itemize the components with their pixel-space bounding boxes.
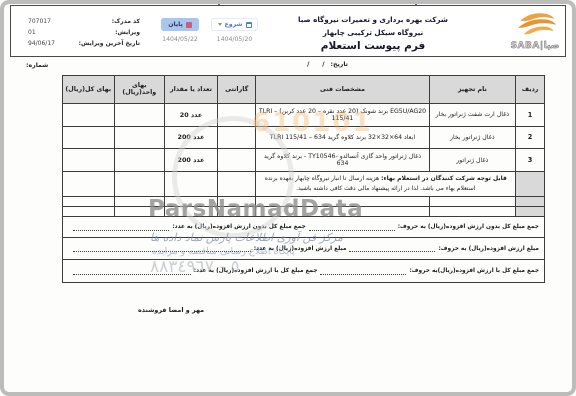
cell-total-price (63, 207, 114, 216)
cell-warranty (217, 127, 255, 149)
total-without-vat-row: جمع مبلغ کل بدون ارزش افزوده(ریال) به حر… (63, 217, 544, 239)
cell-specs (255, 207, 428, 216)
seller-signature-label: مهر و امضا فروشنده (138, 306, 204, 314)
end-date-label: پایان (168, 21, 183, 28)
total-with-vat-row: جمع مبلغ کل با ارزش افزوده(ریال)به حروف:… (63, 260, 544, 282)
doc-code-value: 707017 (28, 18, 51, 25)
header-row-no: ردیف (515, 76, 544, 103)
date-slashes: / / (307, 61, 324, 68)
total-with-vat-digits-label: جمع مبلغ کل با ارزش افزوده(ریال) به عدد: (194, 268, 318, 274)
end-date-filter-chip[interactable]: پایان (161, 18, 199, 31)
notice-row: قابل توجه شرکت کنندگان در استعلام بهاء: … (63, 172, 544, 197)
vat-digits-label: مبلغ ارزش افزوده(ریال) به عدد: (254, 246, 347, 252)
doc-revision-label: ویرایش: (115, 29, 140, 36)
doc-revision-value: 01 (28, 29, 36, 36)
table-row: 2 ذغال ژنراتور بخار ابعاد 64×32×32 برند … (63, 127, 544, 150)
start-date-value: 1404/05/20 (211, 36, 258, 43)
cell-warranty (217, 172, 255, 196)
cell-warranty (217, 197, 255, 206)
dotted-fill (320, 268, 406, 275)
cell-total-price (63, 197, 114, 206)
start-date-filter-chip[interactable]: شروع (211, 18, 258, 31)
logo-text-fa: صبا (544, 41, 560, 51)
cell-row-no: 1 (515, 104, 544, 126)
cell-unit-price (114, 197, 165, 206)
form-title: فرم پیوست استعلام (269, 40, 477, 52)
total-without-vat-words-label: جمع مبلغ کل بدون ارزش افزوده(ریال) به حر… (398, 224, 539, 230)
end-date-value: 1404/05/22 (159, 36, 201, 43)
notice-text: قابل توجه شرکت کنندگان در استعلام بهاء: … (264, 174, 509, 193)
notice-cell: قابل توجه شرکت کنندگان در استعلام بهاء: … (255, 172, 515, 196)
cell-specs: ابعاد 64×32×32 برند کلاوه گرید 634 – TLR… (255, 127, 428, 149)
total-with-vat-words-label: جمع مبلغ کل با ارزش افزوده(ریال)به حروف: (409, 268, 539, 274)
date-label: تاریخ: (331, 61, 348, 68)
saba-swirl-icon (510, 10, 561, 42)
calendar-icon (186, 22, 192, 28)
items-table: ردیف نام تجهیز مشخصات فنی گارانتی تعداد … (62, 75, 545, 283)
vat-words-label: مبلغ ارزش افزوده(ریال) به حروف: (438, 246, 539, 252)
notice-bold-part: قابل توجه شرکت کنندگان در استعلام بهاء: (381, 175, 507, 182)
dotted-fill (309, 224, 395, 231)
cell-row-no (515, 197, 544, 206)
cell-warranty (217, 207, 255, 216)
company-name-line2: نیروگاه سیکل ترکیبی چابهار (269, 28, 477, 37)
doc-lastedit-row: تاریخ آخرین ویرایش: 94/06/17 (28, 38, 140, 49)
cell-row-no (515, 207, 544, 216)
calendar-icon (246, 22, 252, 28)
header-warranty: گارانتی (217, 76, 255, 103)
header-unit-price: بهای واحد(ریال) (114, 76, 165, 103)
cell-qty: 20 عدد (164, 104, 217, 126)
cell-equipment: ذغال ژنراتور بخار (429, 127, 516, 149)
cell-qty (164, 207, 217, 216)
number-label: شماره: (26, 62, 48, 69)
form-titles: شرکت بهره برداری و تعمیرات نیروگاه صبا ن… (269, 15, 477, 52)
cell-qty: 200 عدد (164, 149, 217, 171)
cell-qty: 200 عدد (164, 127, 217, 149)
logo-text-en: SABA (511, 41, 540, 51)
doc-lastedit-label: تاریخ آخرین ویرایش: (79, 40, 140, 47)
cell-qty (164, 197, 217, 206)
header-qty: تعداد یا مقدار (164, 76, 217, 103)
empty-row (63, 207, 544, 217)
cell-row-no: 3 (515, 149, 544, 171)
cell-total-price (63, 172, 114, 196)
dotted-fill (73, 224, 169, 231)
doc-lastedit-value: 94/06/17 (28, 40, 55, 47)
table-header-row: ردیف نام تجهیز مشخصات فنی گارانتی تعداد … (63, 76, 544, 104)
date-row: تاریخ: / / (272, 61, 348, 68)
total-without-vat-digits-label: جمع مبلغ کل بدون ارزش افزوده(ریال) به عد… (172, 224, 305, 230)
cell-unit-price (114, 207, 165, 216)
cell-specs: ذغال ژنراتور واحد گازی آنسالدو -TY10546 … (255, 149, 428, 171)
saba-logo-wordmark: SABA|صبا (498, 41, 572, 51)
cell-specs: EG5U/AG20 برند شونک (20 عدد نقره – 20 عد… (255, 104, 428, 126)
doc-code-label: کد مدرک: (112, 18, 140, 25)
cell-total-price (63, 149, 114, 171)
cell-equipment: ذغال ژنراتور (429, 149, 516, 171)
company-name-line1: شرکت بهره برداری و تعمیرات نیروگاه صبا (269, 15, 477, 24)
cell-warranty (217, 104, 255, 126)
table-row: 1 ذغال ارت شفت ژنراتور بخار EG5U/AG20 بر… (63, 104, 544, 127)
cell-total-price (63, 127, 114, 149)
header-specs: مشخصات فنی (255, 76, 428, 103)
table-row: 3 ذغال ژنراتور ذغال ژنراتور واحد گازی آن… (63, 149, 544, 172)
form-header-box: کد مدرک: 707017 ویرایش: 01 تاریخ آخرین و… (10, 5, 566, 57)
dotted-fill (73, 245, 251, 252)
doc-code-row: کد مدرک: 707017 (28, 16, 140, 27)
empty-row (63, 197, 544, 207)
vat-amount-row: مبلغ ارزش افزوده(ریال) به حروف: مبلغ ارز… (63, 238, 544, 260)
dotted-fill (73, 268, 191, 275)
scanned-inquiry-form-page: کد مدرک: 707017 ویرایش: 01 تاریخ آخرین و… (0, 0, 576, 396)
cell-unit-price (114, 149, 165, 171)
cell-unit-price (114, 127, 165, 149)
cell-specs (255, 197, 428, 206)
cell-unit-price (114, 104, 165, 126)
saba-logo: SABA|صبا (498, 12, 572, 51)
chevron-down-icon (218, 23, 222, 26)
cell-row-no (515, 172, 544, 196)
document-info-block: کد مدرک: 707017 ویرایش: 01 تاریخ آخرین و… (28, 16, 140, 49)
dotted-fill (349, 245, 435, 252)
cell-total-price (63, 104, 114, 126)
cell-warranty (217, 149, 255, 171)
cell-equipment (429, 197, 516, 206)
cell-qty (164, 172, 217, 196)
cell-unit-price (114, 172, 165, 196)
cell-row-no: 2 (515, 127, 544, 149)
header-total-price: بهای کل(ریال) (63, 76, 114, 103)
start-date-label: شروع (225, 21, 243, 28)
doc-revision-row: ویرایش: 01 (28, 27, 140, 38)
cell-equipment: ذغال ارت شفت ژنراتور بخار (429, 104, 516, 126)
cell-equipment (429, 207, 516, 216)
scan-top-edge-line (8, 2, 568, 3)
header-equipment: نام تجهیز (429, 76, 516, 103)
